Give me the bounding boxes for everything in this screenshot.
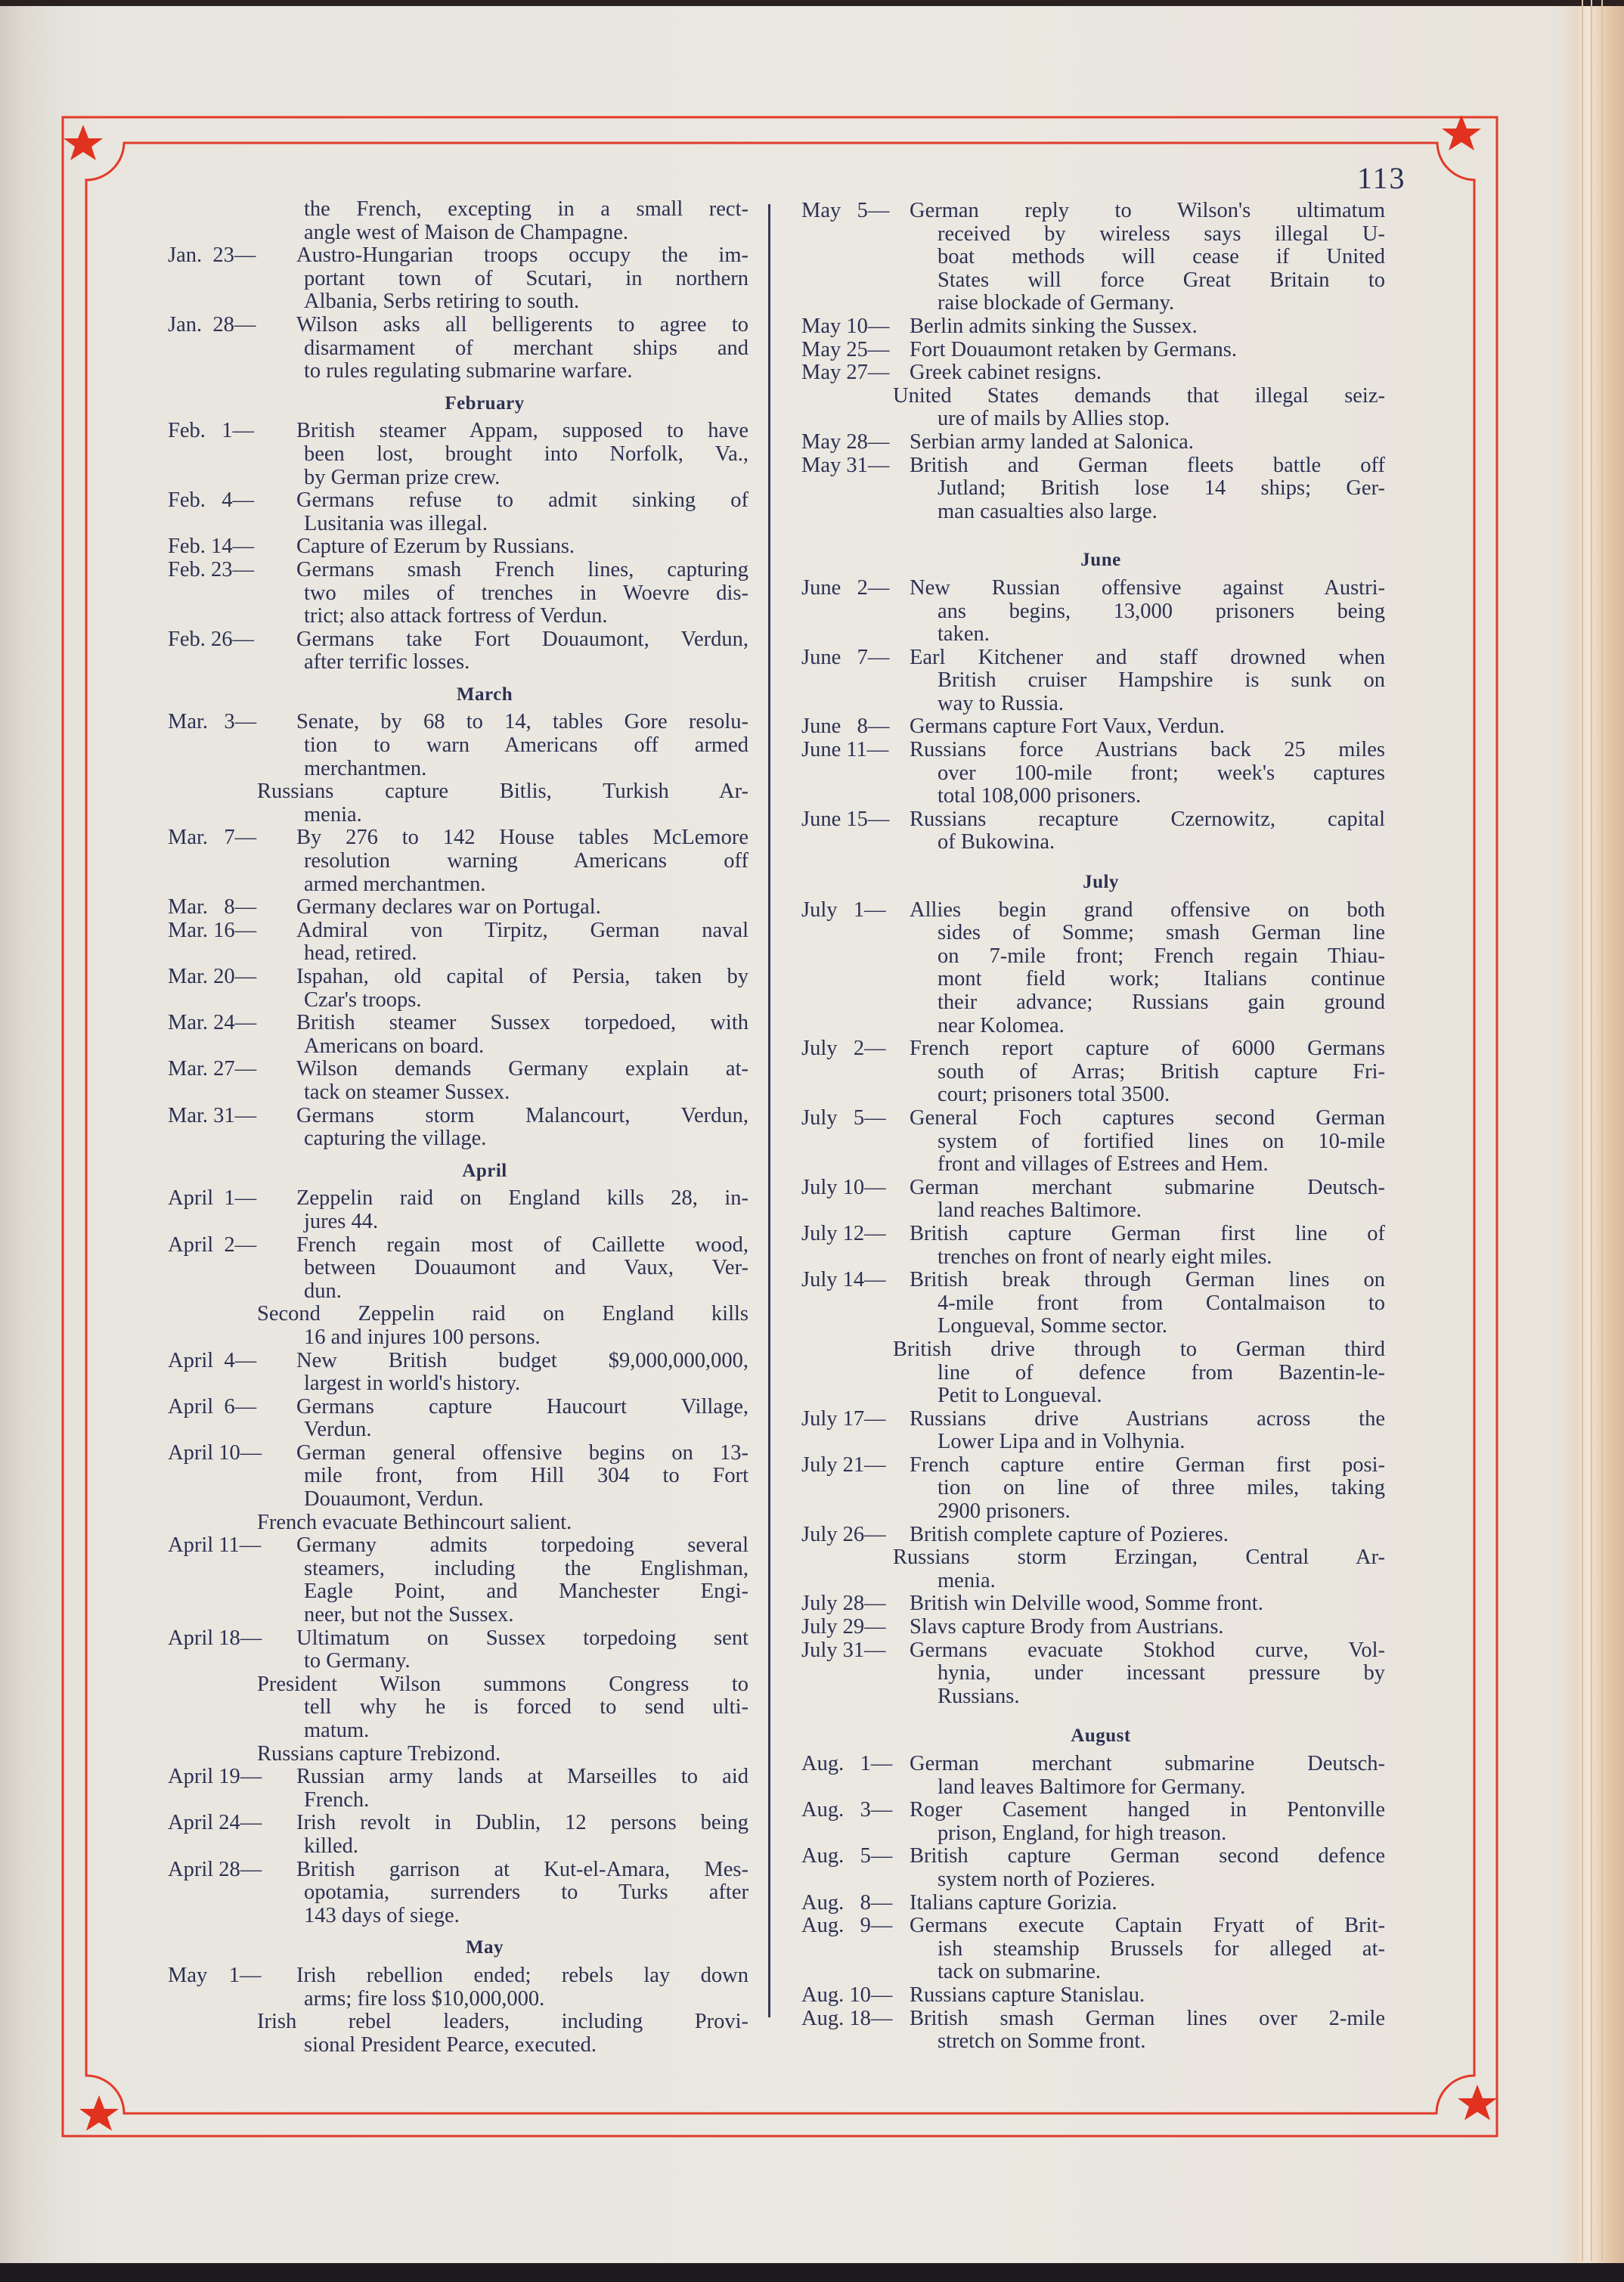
entry-date: Feb. 1—: [168, 420, 296, 443]
entry-text-continued: neer, but not the Sussex.: [168, 1604, 748, 1627]
entry-text-continued: ure of mails by Allies stop.: [801, 408, 1385, 431]
timeline-entry: May 5—German reply to Wilson's ultimatum…: [801, 200, 1385, 315]
entry-text: German merchant submarine Deutsch-: [910, 1753, 1385, 1776]
entry-list-mar: Mar. 3—Senate, by 68 to 14, tables Gore …: [168, 711, 748, 1150]
entry-date: Mar. 24—: [168, 1012, 296, 1035]
entry-text: British steamer Appam, supposed to have: [296, 420, 748, 443]
entry-date: Feb. 14—: [168, 535, 296, 559]
entry-text-continued: 4-mile front from Contalmaison to: [801, 1292, 1385, 1316]
month-heading-march: March: [168, 684, 748, 707]
entry-date: July 10—: [801, 1177, 910, 1200]
scan-bottom-edge: [0, 2263, 1624, 2282]
entry-text: Irish rebellion ended; rebels lay down: [296, 1964, 748, 1988]
entry-text-continued: taken.: [801, 623, 1385, 646]
entry-text: Germans capture Haucourt Village,: [296, 1396, 748, 1419]
entry-text-continued: opotamia, surrenders to Turks after: [168, 1881, 748, 1905]
entry-text: Ispahan, old capital of Persia, taken by: [296, 966, 748, 989]
timeline-entry: Aug. 8—Italians capture Gorizia.: [801, 1892, 1385, 1915]
entry-text: Russians capture Bitlis, Turkish Ar-: [257, 780, 748, 804]
entry-text: Russians capture Stanislau.: [910, 1984, 1385, 2008]
entry-text-continued: Lower Lipa and in Volhynia.: [801, 1431, 1385, 1454]
entry-list-jun: June 2—New Russian offensive against Aus…: [801, 577, 1385, 854]
month-heading-april: April: [168, 1160, 748, 1183]
entry-date: July 31—: [801, 1639, 910, 1663]
entry-text-continued: 2900 prisoners.: [801, 1500, 1385, 1524]
entry-date: April 24—: [168, 1812, 296, 1835]
timeline-sub-entry: British drive through to German thirdlin…: [801, 1338, 1385, 1408]
timeline-sub-entry: Russians storm Erzingan, Central Ar-meni…: [801, 1546, 1385, 1592]
timeline-entry: Mar. 27—Wilson demands Germany explain a…: [168, 1058, 748, 1104]
entry-text-continued: sides of Somme; smash German line: [801, 922, 1385, 945]
timeline-entry: April 24—Irish revolt in Dublin, 12 pers…: [168, 1812, 748, 1858]
timeline-sub-entry: President Wilson summons Congress totell…: [168, 1673, 748, 1743]
entry-date: Mar. 31—: [168, 1105, 296, 1128]
entry-text-continued: way to Russia.: [801, 693, 1385, 716]
entry-date: Jan. 28—: [168, 314, 296, 337]
month-heading-july: July: [801, 871, 1385, 895]
entry-date: May 5—: [801, 200, 910, 223]
book-page: 113 the French, excepting in a small rec…: [0, 0, 1624, 2282]
entry-text: German reply to Wilson's ultimatum: [910, 200, 1385, 223]
entry-date: Mar. 20—: [168, 966, 296, 989]
right-column: May 5—German reply to Wilson's ultimatum…: [801, 200, 1385, 2054]
entry-text-continued: 16 and injures 100 persons.: [168, 1326, 748, 1350]
entry-text: Zeppelin raid on England kills 28, in-: [296, 1187, 748, 1211]
entry-text: British capture German second defence: [910, 1845, 1385, 1868]
entry-text-continued: over 100-mile front; week's captures: [801, 762, 1385, 786]
entry-text-continued: portant town of Scutari, in northern: [168, 268, 748, 291]
entry-text: President Wilson summons Congress to: [257, 1673, 748, 1697]
entry-text: Irish rebel leaders, including Provi-: [257, 2011, 748, 2034]
entry-text-continued: tack on submarine.: [801, 1961, 1385, 1984]
timeline-entry: April 2—French regain most of Caillette …: [168, 1234, 748, 1304]
timeline-entry: July 28—British win Delville wood, Somme…: [801, 1592, 1385, 1616]
entry-list-may: May 5—German reply to Wilson's ultimatum…: [801, 200, 1385, 523]
entry-text: Wilson asks all belligerents to agree to: [296, 314, 748, 337]
entry-date: April 19—: [168, 1766, 296, 1789]
entry-date: June 2—: [801, 577, 910, 600]
entry-text: French evacuate Bethincourt salient.: [257, 1512, 748, 1535]
timeline-entry: July 31—Germans evacuate Stokhod curve, …: [801, 1639, 1385, 1709]
entry-text: Germans refuse to admit sinking of: [296, 489, 748, 513]
timeline-entry: Mar. 8—Germany declares war on Portugal.: [168, 896, 748, 919]
entry-line: the French, excepting in a small rect-: [304, 198, 748, 222]
entry-text: General Foch captures second German: [910, 1107, 1385, 1130]
entry-date: May 28—: [801, 431, 910, 454]
entry-text-continued: merchantmen.: [168, 758, 748, 781]
entry-text-continued: sional President Pearce, executed.: [168, 2034, 748, 2057]
timeline-entry: April 4—New British budget $9,000,000,00…: [168, 1350, 748, 1396]
entry-text: French report capture of 6000 Germans: [910, 1037, 1385, 1061]
entry-text: British win Delville wood, Somme front.: [910, 1592, 1385, 1616]
timeline-entry: Feb. 23—Germans smash French lines, capt…: [168, 559, 748, 628]
timeline-entry: July 14—British break through German lin…: [801, 1269, 1385, 1338]
timeline-entry: June 7—Earl Kitchener and staff drowned …: [801, 646, 1385, 716]
timeline-entry: July 29—Slavs capture Brody from Austria…: [801, 1616, 1385, 1639]
entry-text-continued: total 108,000 prisoners.: [801, 785, 1385, 808]
entry-text: Berlin admits sinking the Sussex.: [910, 315, 1385, 339]
entry-text: Germany admits torpedoing several: [296, 1534, 748, 1558]
timeline-entry: April 11—Germany admits torpedoing sever…: [168, 1534, 748, 1626]
entry-text: Germans execute Captain Fryatt of Brit-: [910, 1915, 1385, 1938]
entry-date: Mar. 3—: [168, 711, 296, 734]
entry-text: Capture of Ezerum by Russians.: [296, 535, 748, 559]
timeline-entry: July 12—British capture German first lin…: [801, 1223, 1385, 1269]
entry-date: Mar. 27—: [168, 1058, 296, 1081]
entry-text: British steamer Sussex torpedoed, with: [296, 1012, 748, 1035]
entry-text-continued: man casualties also large.: [801, 501, 1385, 524]
entry-text-continued: tell why he is forced to send ulti-: [168, 1696, 748, 1719]
entry-text-continued: court; prisoners total 3500.: [801, 1084, 1385, 1107]
entry-text-continued: mont field work; Italians continue: [801, 968, 1385, 991]
entry-date: May 1—: [168, 1964, 296, 1988]
entry-text-continued: arms; fire loss $10,000,000.: [168, 1988, 748, 2011]
entry-text: Wilson demands Germany explain at-: [296, 1058, 748, 1081]
entry-text: British break through German lines on: [910, 1269, 1385, 1292]
entry-text: Second Zeppelin raid on England kills: [257, 1303, 748, 1326]
entry-text: Russian army lands at Marseilles to aid: [296, 1766, 748, 1789]
entry-date: Aug. 9—: [801, 1915, 910, 1938]
star-icon-top-right: [1442, 115, 1481, 150]
entry-date: Aug. 8—: [801, 1892, 910, 1915]
timeline-entry: May 10—Berlin admits sinking the Sussex.: [801, 315, 1385, 339]
timeline-entry: June 8—Germans capture Fort Vaux, Verdun…: [801, 715, 1385, 739]
entry-date: July 12—: [801, 1223, 910, 1246]
entry-text-continued: system of fortified lines on 10-mile: [801, 1130, 1385, 1154]
entry-date: June 7—: [801, 646, 910, 670]
entry-text-continued: after terrific losses.: [168, 651, 748, 674]
entry-text: Admiral von Tirpitz, German naval: [296, 919, 748, 943]
timeline-sub-entry: Russians capture Trebizond.: [168, 1743, 748, 1766]
entry-text: Serbian army landed at Salonica.: [910, 431, 1385, 454]
entry-text: Irish revolt in Dublin, 12 persons being: [296, 1812, 748, 1835]
entry-text: Russians force Austrians back 25 miles: [910, 739, 1385, 762]
entry-date: Aug. 18—: [801, 2008, 910, 2031]
entry-list-feb: Feb. 1—British steamer Appam, supposed t…: [168, 420, 748, 674]
entry-date: April 4—: [168, 1350, 296, 1373]
entry-text-continued: land leaves Baltimore for Germany.: [801, 1776, 1385, 1800]
month-heading-may: May: [168, 1936, 748, 1960]
entry-text-continued: States will force Great Britain to: [801, 269, 1385, 293]
entry-text-continued: hynia, under incessant pressure by: [801, 1662, 1385, 1685]
entry-text-continued: two miles of trenches in Woevre dis-: [168, 582, 748, 606]
entry-text-continued: on 7-mile front; French regain Thiau-: [801, 945, 1385, 969]
timeline-entry: June 15—Russians recapture Czernowitz, c…: [801, 808, 1385, 854]
entry-date: April 18—: [168, 1627, 296, 1651]
continuation-entry: the French, excepting in a small rect- a…: [168, 198, 748, 244]
entry-list-jan: Jan. 23—Austro-Hungarian troops occupy t…: [168, 244, 748, 383]
entry-date: June 15—: [801, 808, 910, 832]
entry-text-continued: boat methods will cease if United: [801, 246, 1385, 269]
entry-text: Italians capture Gorizia.: [910, 1892, 1385, 1915]
entry-text-continued: line of defence from Bazentin-le-: [801, 1362, 1385, 1385]
entry-text-continued: tack on steamer Sussex.: [168, 1081, 748, 1105]
timeline-entry: July 21—French capture entire German fir…: [801, 1454, 1385, 1524]
entry-text-continued: Albania, Serbs retiring to south.: [168, 290, 748, 314]
entry-text: Austro-Hungarian troops occupy the im-: [296, 244, 748, 268]
entry-text: United States demands that illegal seiz-: [893, 385, 1385, 408]
timeline-entry: Aug. 3—Roger Casement hanged in Pentonvi…: [801, 1799, 1385, 1845]
entry-text-continued: killed.: [168, 1835, 748, 1859]
left-column: the French, excepting in a small rect- a…: [168, 198, 748, 2057]
entry-text-continued: near Kolomea.: [801, 1015, 1385, 1038]
entry-text-continued: trict; also attack fortress of Verdun.: [168, 605, 748, 628]
entry-text-continued: Russians.: [801, 1685, 1385, 1709]
timeline-entry: Aug. 18—British smash German lines over …: [801, 2008, 1385, 2054]
entry-text: Russians capture Trebizond.: [257, 1743, 748, 1766]
entry-date: May 27—: [801, 361, 910, 385]
entry-text-continued: largest in world's history.: [168, 1372, 748, 1396]
entry-text: British drive through to German third: [893, 1338, 1385, 1362]
entry-text: Ultimatum on Sussex torpedoing sent: [296, 1627, 748, 1651]
entry-date: June 8—: [801, 715, 910, 739]
entry-text-continued: Czar's troops.: [168, 989, 748, 1012]
entry-date: July 17—: [801, 1408, 910, 1431]
entry-date: Aug. 1—: [801, 1753, 910, 1776]
entry-text-continued: Petit to Longueval.: [801, 1384, 1385, 1408]
entry-text: German merchant submarine Deutsch-: [910, 1177, 1385, 1200]
timeline-entry: Aug. 9—Germans execute Captain Fryatt of…: [801, 1915, 1385, 1984]
timeline-sub-entry: United States demands that illegal seiz-…: [801, 385, 1385, 431]
page-number: 113: [1357, 160, 1406, 196]
entry-text-continued: steamers, including the Englishman,: [168, 1558, 748, 1581]
entry-text-continued: Lusitania was illegal.: [168, 513, 748, 536]
timeline-entry: July 26—British complete capture of Pozi…: [801, 1524, 1385, 1547]
entry-text-continued: tion on line of three miles, taking: [801, 1477, 1385, 1500]
entry-date: July 14—: [801, 1269, 910, 1292]
entry-date: June 11—: [801, 739, 910, 762]
entry-date: Feb. 26—: [168, 628, 296, 652]
entry-text-continued: trenches on front of nearly eight miles.: [801, 1246, 1385, 1270]
timeline-entry: May 25—Fort Douaumont retaken by Germans…: [801, 339, 1385, 362]
entry-text: Allies begin grand offensive on both: [910, 899, 1385, 922]
entry-text: British smash German lines over 2-mile: [910, 2008, 1385, 2031]
entry-text-continued: Verdun.: [168, 1418, 748, 1442]
timeline-entry: June 11—Russians force Austrians back 25…: [801, 739, 1385, 808]
entry-text-continued: front and villages of Estrees and Hem.: [801, 1153, 1385, 1177]
timeline-entry: Jan. 28—Wilson asks all belligerents to …: [168, 314, 748, 383]
entry-date: April 28—: [168, 1859, 296, 1882]
entry-text-continued: received by wireless says illegal U-: [801, 223, 1385, 246]
entry-text-continued: been lost, brought into Norfolk, Va.,: [168, 443, 748, 467]
entry-date: Aug. 5—: [801, 1845, 910, 1868]
timeline-entry: Jan. 23—Austro-Hungarian troops occupy t…: [168, 244, 748, 314]
star-icon-top-left: [64, 125, 103, 160]
month-heading-june: June: [801, 549, 1385, 572]
entry-date: April 10—: [168, 1442, 296, 1465]
entry-text: British complete capture of Pozieres.: [910, 1524, 1385, 1547]
timeline-entry: Aug. 10—Russians capture Stanislau.: [801, 1984, 1385, 2008]
timeline-entry: July 10—German merchant submarine Deutsc…: [801, 1177, 1385, 1223]
entry-text: Germans storm Malancourt, Verdun,: [296, 1105, 748, 1128]
timeline-sub-entry: Irish rebel leaders, including Provi-sio…: [168, 2011, 748, 2057]
entry-text: Greek cabinet resigns.: [910, 361, 1385, 385]
entry-text-continued: French.: [168, 1789, 748, 1812]
star-icon-bottom-right: [1458, 2085, 1497, 2120]
entry-text: Germans smash French lines, capturing: [296, 559, 748, 582]
entry-date: Feb. 4—: [168, 489, 296, 513]
timeline-entry: April 18—Ultimatum on Sussex torpedoing …: [168, 1627, 748, 1673]
entry-text-continued: tion to warn Americans off armed: [168, 734, 748, 758]
star-icon-bottom-left: [79, 2095, 119, 2131]
timeline-entry: Feb. 1—British steamer Appam, supposed t…: [168, 420, 748, 489]
entry-text-continued: ans begins, 13,000 prisoners being: [801, 600, 1385, 624]
entry-text: Earl Kitchener and staff drowned when: [910, 646, 1385, 670]
entry-text: British and German fleets battle off: [910, 454, 1385, 478]
entry-text-continued: matum.: [168, 1719, 748, 1743]
timeline-entry: July 17—Russians drive Austrians across …: [801, 1408, 1385, 1454]
timeline-entry: Feb. 4—Germans refuse to admit sinking o…: [168, 489, 748, 535]
entry-date: April 6—: [168, 1396, 296, 1419]
timeline-entry: May 28—Serbian army landed at Salonica.: [801, 431, 1385, 454]
entry-date: July 2—: [801, 1037, 910, 1061]
entry-date: April 2—: [168, 1234, 296, 1257]
timeline-entry: Aug. 1—German merchant submarine Deutsch…: [801, 1753, 1385, 1799]
timeline-entry: June 2—New Russian offensive against Aus…: [801, 577, 1385, 646]
timeline-entry: April 10—German general offensive begins…: [168, 1442, 748, 1512]
entry-text-continued: land reaches Baltimore.: [801, 1199, 1385, 1223]
entry-text: German general offensive begins on 13-: [296, 1442, 748, 1465]
timeline-entry: Aug. 5—British capture German second def…: [801, 1845, 1385, 1891]
timeline-entry: May 1—Irish rebellion ended; rebels lay …: [168, 1964, 748, 2011]
timeline-entry: Mar. 20—Ispahan, old capital of Persia, …: [168, 966, 748, 1012]
entry-text: French capture entire German first posi-: [910, 1454, 1385, 1477]
entry-text-continued: by German prize crew.: [168, 467, 748, 490]
month-heading-august: August: [801, 1725, 1385, 1748]
entry-text: British garrison at Kut-el-Amara, Mes-: [296, 1859, 748, 1882]
entry-text: Germans evacuate Stokhod curve, Vol-: [910, 1639, 1385, 1663]
entry-text-continued: jures 44.: [168, 1211, 748, 1234]
entry-text: Russians recapture Czernowitz, capital: [910, 808, 1385, 832]
entry-text-continued: prison, England, for high treason.: [801, 1822, 1385, 1846]
month-heading-february: February: [168, 392, 748, 416]
entry-text: Senate, by 68 to 14, tables Gore resolu-: [296, 711, 748, 734]
timeline-entry: April 6—Germans capture Haucourt Village…: [168, 1396, 748, 1442]
timeline-entry: Feb. 26—Germans take Fort Douaumont, Ver…: [168, 628, 748, 674]
entry-date: Feb. 23—: [168, 559, 296, 582]
entry-text-continued: to rules regulating submarine warfare.: [168, 360, 748, 383]
entry-date: Aug. 10—: [801, 1984, 910, 2008]
entry-date: Mar. 16—: [168, 919, 296, 943]
entry-date: Mar. 8—: [168, 896, 296, 919]
timeline-entry: July 5—General Foch captures second Germ…: [801, 1107, 1385, 1177]
entry-line: angle west of Maison de Champagne.: [304, 222, 748, 245]
timeline-sub-entry: Russians capture Bitlis, Turkish Ar-meni…: [168, 780, 748, 826]
entry-text-continued: Americans on board.: [168, 1035, 748, 1059]
entry-text: Fort Douaumont retaken by Germans.: [910, 339, 1385, 362]
entry-text: New British budget $9,000,000,000,: [296, 1350, 748, 1373]
entry-text-continued: their advance; Russians gain ground: [801, 991, 1385, 1015]
entry-date: May 25—: [801, 339, 910, 362]
entry-list-jul: July 1—Allies begin grand offensive on b…: [801, 899, 1385, 1709]
timeline-entry: May 31—British and German fleets battle …: [801, 454, 1385, 524]
entry-list-aug: Aug. 1—German merchant submarine Deutsch…: [801, 1753, 1385, 2054]
entry-date: July 21—: [801, 1454, 910, 1477]
entry-text-continued: British cruiser Hampshire is sunk on: [801, 669, 1385, 693]
entry-date: July 29—: [801, 1616, 910, 1639]
entry-date: Mar. 7—: [168, 826, 296, 850]
timeline-entry: Mar. 7—By 276 to 142 House tables McLemo…: [168, 826, 748, 896]
entry-text-continued: system north of Pozieres.: [801, 1868, 1385, 1892]
timeline-entry: Feb. 14—Capture of Ezerum by Russians.: [168, 535, 748, 559]
entry-date: July 1—: [801, 899, 910, 922]
entry-text: By 276 to 142 House tables McLemore: [296, 826, 748, 850]
entry-text-continued: armed merchantmen.: [168, 873, 748, 897]
entry-text-continued: 143 days of siege.: [168, 1905, 748, 1928]
entry-text-continued: ish steamship Brussels for alleged at-: [801, 1938, 1385, 1961]
entry-text: Germans capture Fort Vaux, Verdun.: [910, 715, 1385, 739]
entry-date: Jan. 23—: [168, 244, 296, 268]
timeline-entry: April 28—British garrison at Kut-el-Amar…: [168, 1859, 748, 1928]
entry-text: Roger Casement hanged in Pentonville: [910, 1799, 1385, 1822]
entry-text-continued: Jutland; British lose 14 ships; Ger-: [801, 477, 1385, 501]
entry-date: July 5—: [801, 1107, 910, 1130]
entry-date: April 11—: [168, 1534, 296, 1558]
entry-text-continued: Longueval, Somme sector.: [801, 1315, 1385, 1338]
entry-list-apr: April 1—Zeppelin raid on England kills 2…: [168, 1187, 748, 1927]
entry-text-continued: to Germany.: [168, 1650, 748, 1673]
entry-text-continued: menia.: [801, 1570, 1385, 1593]
entry-text: Russians storm Erzingan, Central Ar-: [893, 1546, 1385, 1570]
entry-text-continued: south of Arras; British capture Fri-: [801, 1061, 1385, 1084]
entry-text-continued: stretch on Somme front.: [801, 2030, 1385, 2054]
timeline-entry: Mar. 3—Senate, by 68 to 14, tables Gore …: [168, 711, 748, 780]
entry-text-continued: mile front, from Hill 304 to Fort: [168, 1465, 748, 1488]
entry-list-may: May 1—Irish rebellion ended; rebels lay …: [168, 1964, 748, 2057]
entry-text: Germans take Fort Douaumont, Verdun,: [296, 628, 748, 652]
timeline-entry: Mar. 24—British steamer Sussex torpedoed…: [168, 1012, 748, 1058]
entry-text-continued: head, retired.: [168, 942, 748, 966]
timeline-entry: May 27—Greek cabinet resigns.: [801, 361, 1385, 385]
entry-text-continued: between Douaumont and Vaux, Ver-: [168, 1257, 748, 1280]
timeline-entry: July 2—French report capture of 6000 Ger…: [801, 1037, 1385, 1107]
entry-text-continued: of Bukowina.: [801, 831, 1385, 854]
entry-text-continued: menia.: [168, 804, 748, 827]
entry-date: Aug. 3—: [801, 1799, 910, 1822]
entry-text-continued: Douaumont, Verdun.: [168, 1488, 748, 1512]
timeline-entry: July 1—Allies begin grand offensive on b…: [801, 899, 1385, 1038]
timeline-entry: April 1—Zeppelin raid on England kills 2…: [168, 1187, 748, 1233]
entry-date: July 26—: [801, 1524, 910, 1547]
entry-text-continued: capturing the village.: [168, 1127, 748, 1151]
entry-date: May 31—: [801, 454, 910, 478]
timeline-entry: April 19—Russian army lands at Marseille…: [168, 1766, 748, 1812]
entry-text: Germany declares war on Portugal.: [296, 896, 748, 919]
entry-text-continued: resolution warning Americans off: [168, 850, 748, 873]
entry-date: May 10—: [801, 315, 910, 339]
entry-text: French regain most of Caillette wood,: [296, 1234, 748, 1257]
column-divider: [768, 204, 770, 2017]
timeline-entry: Mar. 16—Admiral von Tirpitz, German nava…: [168, 919, 748, 966]
entry-text-continued: raise blockade of Germany.: [801, 292, 1385, 315]
timeline-sub-entry: Second Zeppelin raid on England kills16 …: [168, 1303, 748, 1349]
entry-text-continued: disarmament of merchant ships and: [168, 337, 748, 361]
entry-text: British capture German first line of: [910, 1223, 1385, 1246]
entry-text: Slavs capture Brody from Austrians.: [910, 1616, 1385, 1639]
entry-date: July 28—: [801, 1592, 910, 1616]
entry-date: April 1—: [168, 1187, 296, 1211]
timeline-entry: Mar. 31—Germans storm Malancourt, Verdun…: [168, 1105, 748, 1151]
entry-text-continued: dun.: [168, 1280, 748, 1304]
entry-text-continued: Eagle Point, and Manchester Engi-: [168, 1580, 748, 1604]
timeline-sub-entry: French evacuate Bethincourt salient.: [168, 1512, 748, 1535]
entry-text: New Russian offensive against Austri-: [910, 577, 1385, 600]
entry-text: Russians drive Austrians across the: [910, 1408, 1385, 1431]
